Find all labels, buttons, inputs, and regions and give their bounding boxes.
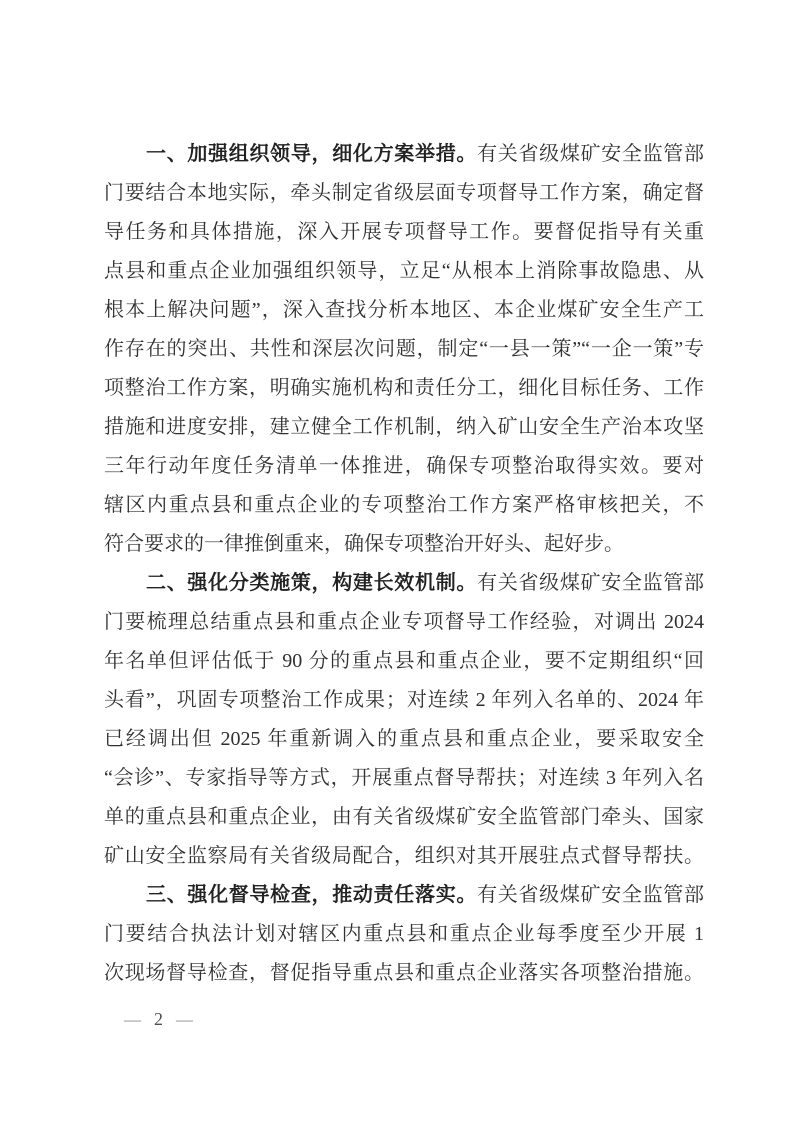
text-line-10: 辖区内重点县和重点企业的专项整治工作方案严格审核把关，不	[104, 486, 704, 525]
line-text: 门要梳理总结重点县和重点企业专项督导工作经验，对调出 2024	[104, 611, 704, 633]
line-text: 根本上解决问题”，深入查找分析本地区、本企业煤矿安全生产工	[104, 299, 704, 321]
line-text: 已经调出但 2025 年重新调入的重点县和重点企业，要采取安全	[104, 728, 704, 750]
line-text: 符合要求的一律推倒重来，确保专项整治开好头、起好步。	[104, 533, 624, 555]
line-text: 三年行动年度任务清单一体推进，确保专项整治取得实效。要对	[104, 455, 704, 477]
document-page: 一、加强组织领导，细化方案举措。有关省级煤矿安全监管部门要结合本地实际，牵头制定…	[0, 0, 800, 1131]
text-line-12: 二、强化分类施策，构建长效机制。有关省级煤矿安全监管部	[104, 564, 704, 603]
text-line-14: 年名单但评估低于 90 分的重点县和重点企业，要不定期组织“回	[104, 642, 704, 681]
text-line-17: “会诊”、专家指导等方式，开展重点督导帮扶；对连续 3 年列入名	[104, 759, 704, 798]
line-text: 作存在的突出、共性和深层次问题，制定“一县一策”“一企一策”专	[104, 338, 704, 360]
line-text: 门要结合执法计划对辖区内重点县和重点企业每季度至少开展 1	[104, 923, 704, 945]
document-body: 一、加强组织领导，细化方案举措。有关省级煤矿安全监管部门要结合本地实际，牵头制定…	[104, 135, 704, 993]
line-text: 头看”，巩固专项整治工作成果；对连续 2 年列入名单的、2024 年	[104, 689, 704, 711]
line-text: 单的重点县和重点企业，由有关省级煤矿安全监管部门牵头、国家	[104, 806, 704, 828]
line-text: 辖区内重点县和重点企业的专项整治工作方案严格审核把关，不	[104, 494, 704, 516]
text-line-3: 导任务和具体措施，深入开展专项督导工作。要督促指导有关重	[104, 213, 704, 252]
text-line-5: 根本上解决问题”，深入查找分析本地区、本企业煤矿安全生产工	[104, 291, 704, 330]
footer-dash-right: —	[176, 1010, 193, 1029]
page-number: 2	[154, 1009, 163, 1029]
section-heading: 三、强化督导检查，推动责任落实。	[146, 884, 477, 906]
line-text: 措施和进度安排，建立健全工作机制，纳入矿山安全生产治本攻坚	[104, 416, 704, 438]
text-line-15: 头看”，巩固专项整治工作成果；对连续 2 年列入名单的、2024 年	[104, 681, 704, 720]
line-text: 有关省级煤矿安全监管部	[477, 143, 704, 165]
page-footer: —2—	[124, 1007, 193, 1031]
text-line-8: 措施和进度安排，建立健全工作机制，纳入矿山安全生产治本攻坚	[104, 408, 704, 447]
text-line-19: 矿山安全监察局有关省级局配合，组织对其开展驻点式督导帮扶。	[104, 837, 704, 876]
text-line-22: 次现场督导检查，督促指导重点县和重点企业落实各项整治措施。	[104, 954, 704, 993]
text-line-4: 点县和重点企业加强组织领导，立足“从根本上消除事故隐患、从	[104, 252, 704, 291]
text-line-20: 三、强化督导检查，推动责任落实。有关省级煤矿安全监管部	[104, 876, 704, 915]
line-text: 项整治工作方案，明确实施机构和责任分工，细化目标任务、工作	[104, 377, 704, 399]
text-line-2: 门要结合本地实际，牵头制定省级层面专项督导工作方案，确定督	[104, 174, 704, 213]
section-heading: 一、加强组织领导，细化方案举措。	[146, 143, 477, 165]
text-line-11: 符合要求的一律推倒重来，确保专项整治开好头、起好步。	[104, 525, 704, 564]
line-text: 有关省级煤矿安全监管部	[477, 884, 704, 906]
text-line-21: 门要结合执法计划对辖区内重点县和重点企业每季度至少开展 1	[104, 915, 704, 954]
line-text: 矿山安全监察局有关省级局配合，组织对其开展驻点式督导帮扶。	[104, 845, 704, 867]
text-line-16: 已经调出但 2025 年重新调入的重点县和重点企业，要采取安全	[104, 720, 704, 759]
line-text: 点县和重点企业加强组织领导，立足“从根本上消除事故隐患、从	[104, 260, 704, 282]
line-text: 有关省级煤矿安全监管部	[477, 572, 704, 594]
text-line-9: 三年行动年度任务清单一体推进，确保专项整治取得实效。要对	[104, 447, 704, 486]
line-text: 年名单但评估低于 90 分的重点县和重点企业，要不定期组织“回	[104, 650, 704, 672]
line-text: “会诊”、专家指导等方式，开展重点督导帮扶；对连续 3 年列入名	[104, 767, 704, 789]
section-heading: 二、强化分类施策，构建长效机制。	[146, 572, 477, 594]
line-text: 导任务和具体措施，深入开展专项督导工作。要督促指导有关重	[104, 221, 704, 243]
line-text: 门要结合本地实际，牵头制定省级层面专项督导工作方案，确定督	[104, 182, 704, 204]
text-line-18: 单的重点县和重点企业，由有关省级煤矿安全监管部门牵头、国家	[104, 798, 704, 837]
text-line-1: 一、加强组织领导，细化方案举措。有关省级煤矿安全监管部	[104, 135, 704, 174]
text-line-13: 门要梳理总结重点县和重点企业专项督导工作经验，对调出 2024	[104, 603, 704, 642]
text-line-7: 项整治工作方案，明确实施机构和责任分工，细化目标任务、工作	[104, 369, 704, 408]
footer-dash-left: —	[124, 1010, 141, 1029]
text-line-6: 作存在的突出、共性和深层次问题，制定“一县一策”“一企一策”专	[104, 330, 704, 369]
line-text: 次现场督导检查，督促指导重点县和重点企业落实各项整治措施。	[104, 962, 704, 984]
